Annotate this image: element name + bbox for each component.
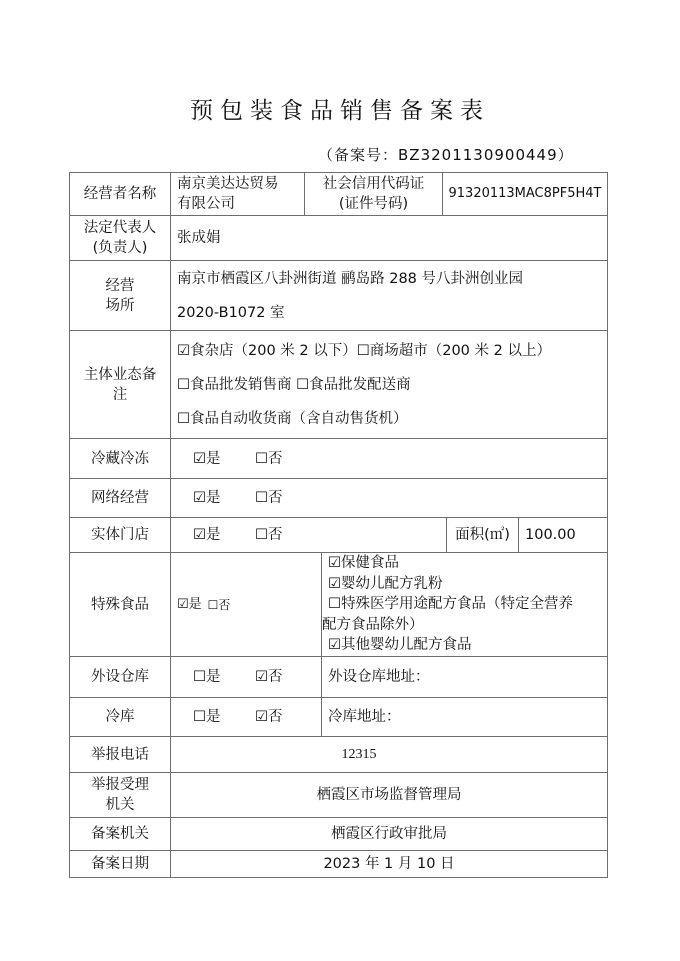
option-wholesale-seller[interactable]: ☐食品批发销售商	[177, 368, 292, 402]
credit-code-label-line2: (证件号码)	[339, 194, 408, 214]
cold-warehouse-address: 冷库地址：	[321, 697, 608, 737]
option-wholesale-distributor[interactable]: ☐食品批发配送商	[296, 368, 411, 402]
legal-rep-label: 法定代表人 (负责人)	[69, 215, 171, 261]
credit-code-value: 91320113MAC8PF5H4T	[442, 172, 608, 216]
option-infant-formula[interactable]: ☑婴幼儿配方乳粉	[328, 574, 443, 595]
operator-name-line2: 有限公司	[177, 194, 235, 214]
credit-code-label-line1: 社会信用代码证	[323, 174, 425, 194]
option-supermarket[interactable]: ☐商场超市（200 米 2 以上）	[357, 334, 551, 368]
external-warehouse-value: ☐是 ☑否	[170, 656, 322, 698]
cold-warehouse-label-text: 冷库	[106, 707, 135, 727]
physical-store-value: ☑是 ☐否	[170, 517, 447, 553]
filing-date-text: 2023 年 1 月 10 日	[323, 854, 454, 874]
cold-storage-yes-checkbox[interactable]: ☑是	[193, 449, 255, 469]
special-food-label: 特殊食品	[69, 552, 171, 657]
filing-authority-label-text: 备案机关	[91, 824, 149, 844]
option-medical-food-continued: 配方食品除外）	[322, 615, 424, 636]
online-label-text: 网络经营	[91, 488, 149, 508]
legal-rep-label-line2: (负责人)	[93, 238, 148, 258]
special-food-yes-no: ☑是 ☐否	[170, 552, 322, 657]
cold-storage-no-checkbox[interactable]: ☐否	[255, 449, 283, 469]
cold-warehouse-value: ☐是 ☑否	[170, 697, 322, 737]
area-label-text: 面积(㎡)	[455, 525, 510, 545]
premises-label: 经营 场所	[69, 260, 171, 331]
report-authority-label-line1: 举报受理	[91, 775, 149, 795]
online-value: ☑是 ☐否	[170, 478, 608, 518]
business-type-label: 主体业态备 注	[69, 330, 171, 439]
cold-warehouse-no-checkbox[interactable]: ☑否	[255, 707, 283, 727]
online-yes-checkbox[interactable]: ☑是	[193, 488, 255, 508]
area-label: 面积(㎡)	[446, 517, 519, 553]
external-warehouse-label-text: 外设仓库	[91, 667, 149, 687]
document-title: 预包装食品销售备案表	[0, 92, 680, 125]
option-other-infant-formula[interactable]: ☑其他婴幼儿配方食品	[328, 635, 472, 656]
credit-code-text: 91320113MAC8PF5H4T	[449, 184, 602, 204]
filing-date-label: 备案日期	[69, 850, 171, 878]
cold-warehouse-yes-checkbox[interactable]: ☐是	[193, 707, 255, 727]
report-phone-value: 12315	[170, 736, 608, 773]
operator-name-label-text: 经营者名称	[84, 184, 157, 204]
operator-name-line1: 南京美达达贸易	[177, 174, 279, 194]
report-phone-label: 举报电话	[69, 736, 171, 773]
special-food-label-text: 特殊食品	[91, 595, 149, 615]
external-warehouse-address-label: 外设仓库地址：	[328, 667, 430, 687]
filing-authority-label: 备案机关	[69, 817, 171, 851]
report-authority-label-line2: 机关	[106, 795, 135, 815]
filing-authority-value: 栖霞区行政审批局	[170, 817, 608, 851]
business-type-label-line2: 注	[113, 385, 128, 405]
filing-authority-text: 栖霞区行政审批局	[331, 824, 447, 844]
report-phone-text: 12315	[342, 745, 377, 765]
cold-storage-value: ☑是 ☐否	[170, 438, 608, 479]
option-medical-food[interactable]: ☐特殊医学用途配方食品（特定全营养	[328, 594, 573, 615]
physical-store-label-text: 实体门店	[91, 525, 149, 545]
online-no-checkbox[interactable]: ☐否	[255, 488, 283, 508]
legal-rep-value: 张成娟	[170, 215, 608, 261]
physical-store-yes-checkbox[interactable]: ☑是	[193, 525, 255, 545]
report-authority-label: 举报受理 机关	[69, 772, 171, 818]
special-food-no-checkbox[interactable]: ☐否	[208, 595, 231, 615]
filing-date-label-text: 备案日期	[91, 854, 149, 874]
operator-name-value: 南京美达达贸易 有限公司	[170, 172, 305, 216]
legal-rep-text: 张成娟	[177, 228, 221, 248]
premises-line1: 南京市栖霞区八卦洲街道 鹂岛路 288 号八卦洲创业园	[177, 262, 523, 296]
business-type-options: ☑食杂店（200 米 2 以下）☐商场超市（200 米 2 以上） ☐食品批发销…	[170, 330, 608, 439]
area-value-text: 100.00	[525, 525, 576, 545]
option-grocery-store[interactable]: ☑食杂店（200 米 2 以下）	[177, 334, 357, 368]
report-authority-text: 栖霞区市场监督管理局	[317, 785, 462, 805]
cold-storage-label-text: 冷藏冷冻	[91, 449, 149, 469]
report-phone-label-text: 举报电话	[91, 745, 149, 765]
area-value: 100.00	[518, 517, 608, 553]
external-warehouse-yes-checkbox[interactable]: ☐是	[193, 667, 255, 687]
premises-label-line1: 经营	[106, 276, 135, 296]
premises-value: 南京市栖霞区八卦洲街道 鹂岛路 288 号八卦洲创业园 2020-B1072 室	[170, 260, 608, 331]
online-label: 网络经营	[69, 478, 171, 518]
operator-name-label: 经营者名称	[69, 172, 171, 216]
filing-date-value: 2023 年 1 月 10 日	[170, 850, 608, 878]
external-warehouse-no-checkbox[interactable]: ☑否	[255, 667, 283, 687]
report-authority-value: 栖霞区市场监督管理局	[170, 772, 608, 818]
legal-rep-label-line1: 法定代表人	[84, 218, 157, 238]
special-food-yes-checkbox[interactable]: ☑是	[177, 595, 202, 615]
premises-line2: 2020-B1072 室	[177, 296, 285, 330]
premises-label-line2: 场所	[106, 296, 135, 316]
business-type-label-line1: 主体业态备	[84, 365, 157, 385]
cold-storage-label: 冷藏冷冻	[69, 438, 171, 479]
option-health-food[interactable]: ☑保健食品	[328, 553, 399, 574]
credit-code-label: 社会信用代码证 (证件号码)	[304, 172, 443, 216]
record-number: （备案号：BZ3201130900449）	[318, 144, 574, 165]
physical-store-label: 实体门店	[69, 517, 171, 553]
option-vending[interactable]: ☐食品自动收货商（含自动售货机）	[177, 402, 408, 436]
cold-warehouse-address-label: 冷库地址：	[328, 707, 401, 727]
physical-store-no-checkbox[interactable]: ☐否	[255, 525, 283, 545]
cold-warehouse-label: 冷库	[69, 697, 171, 737]
external-warehouse-label: 外设仓库	[69, 656, 171, 698]
special-food-options: ☑保健食品 ☑婴幼儿配方乳粉 ☐特殊医学用途配方食品（特定全营养 配方食品除外）…	[321, 552, 608, 657]
external-warehouse-address: 外设仓库地址：	[321, 656, 608, 698]
